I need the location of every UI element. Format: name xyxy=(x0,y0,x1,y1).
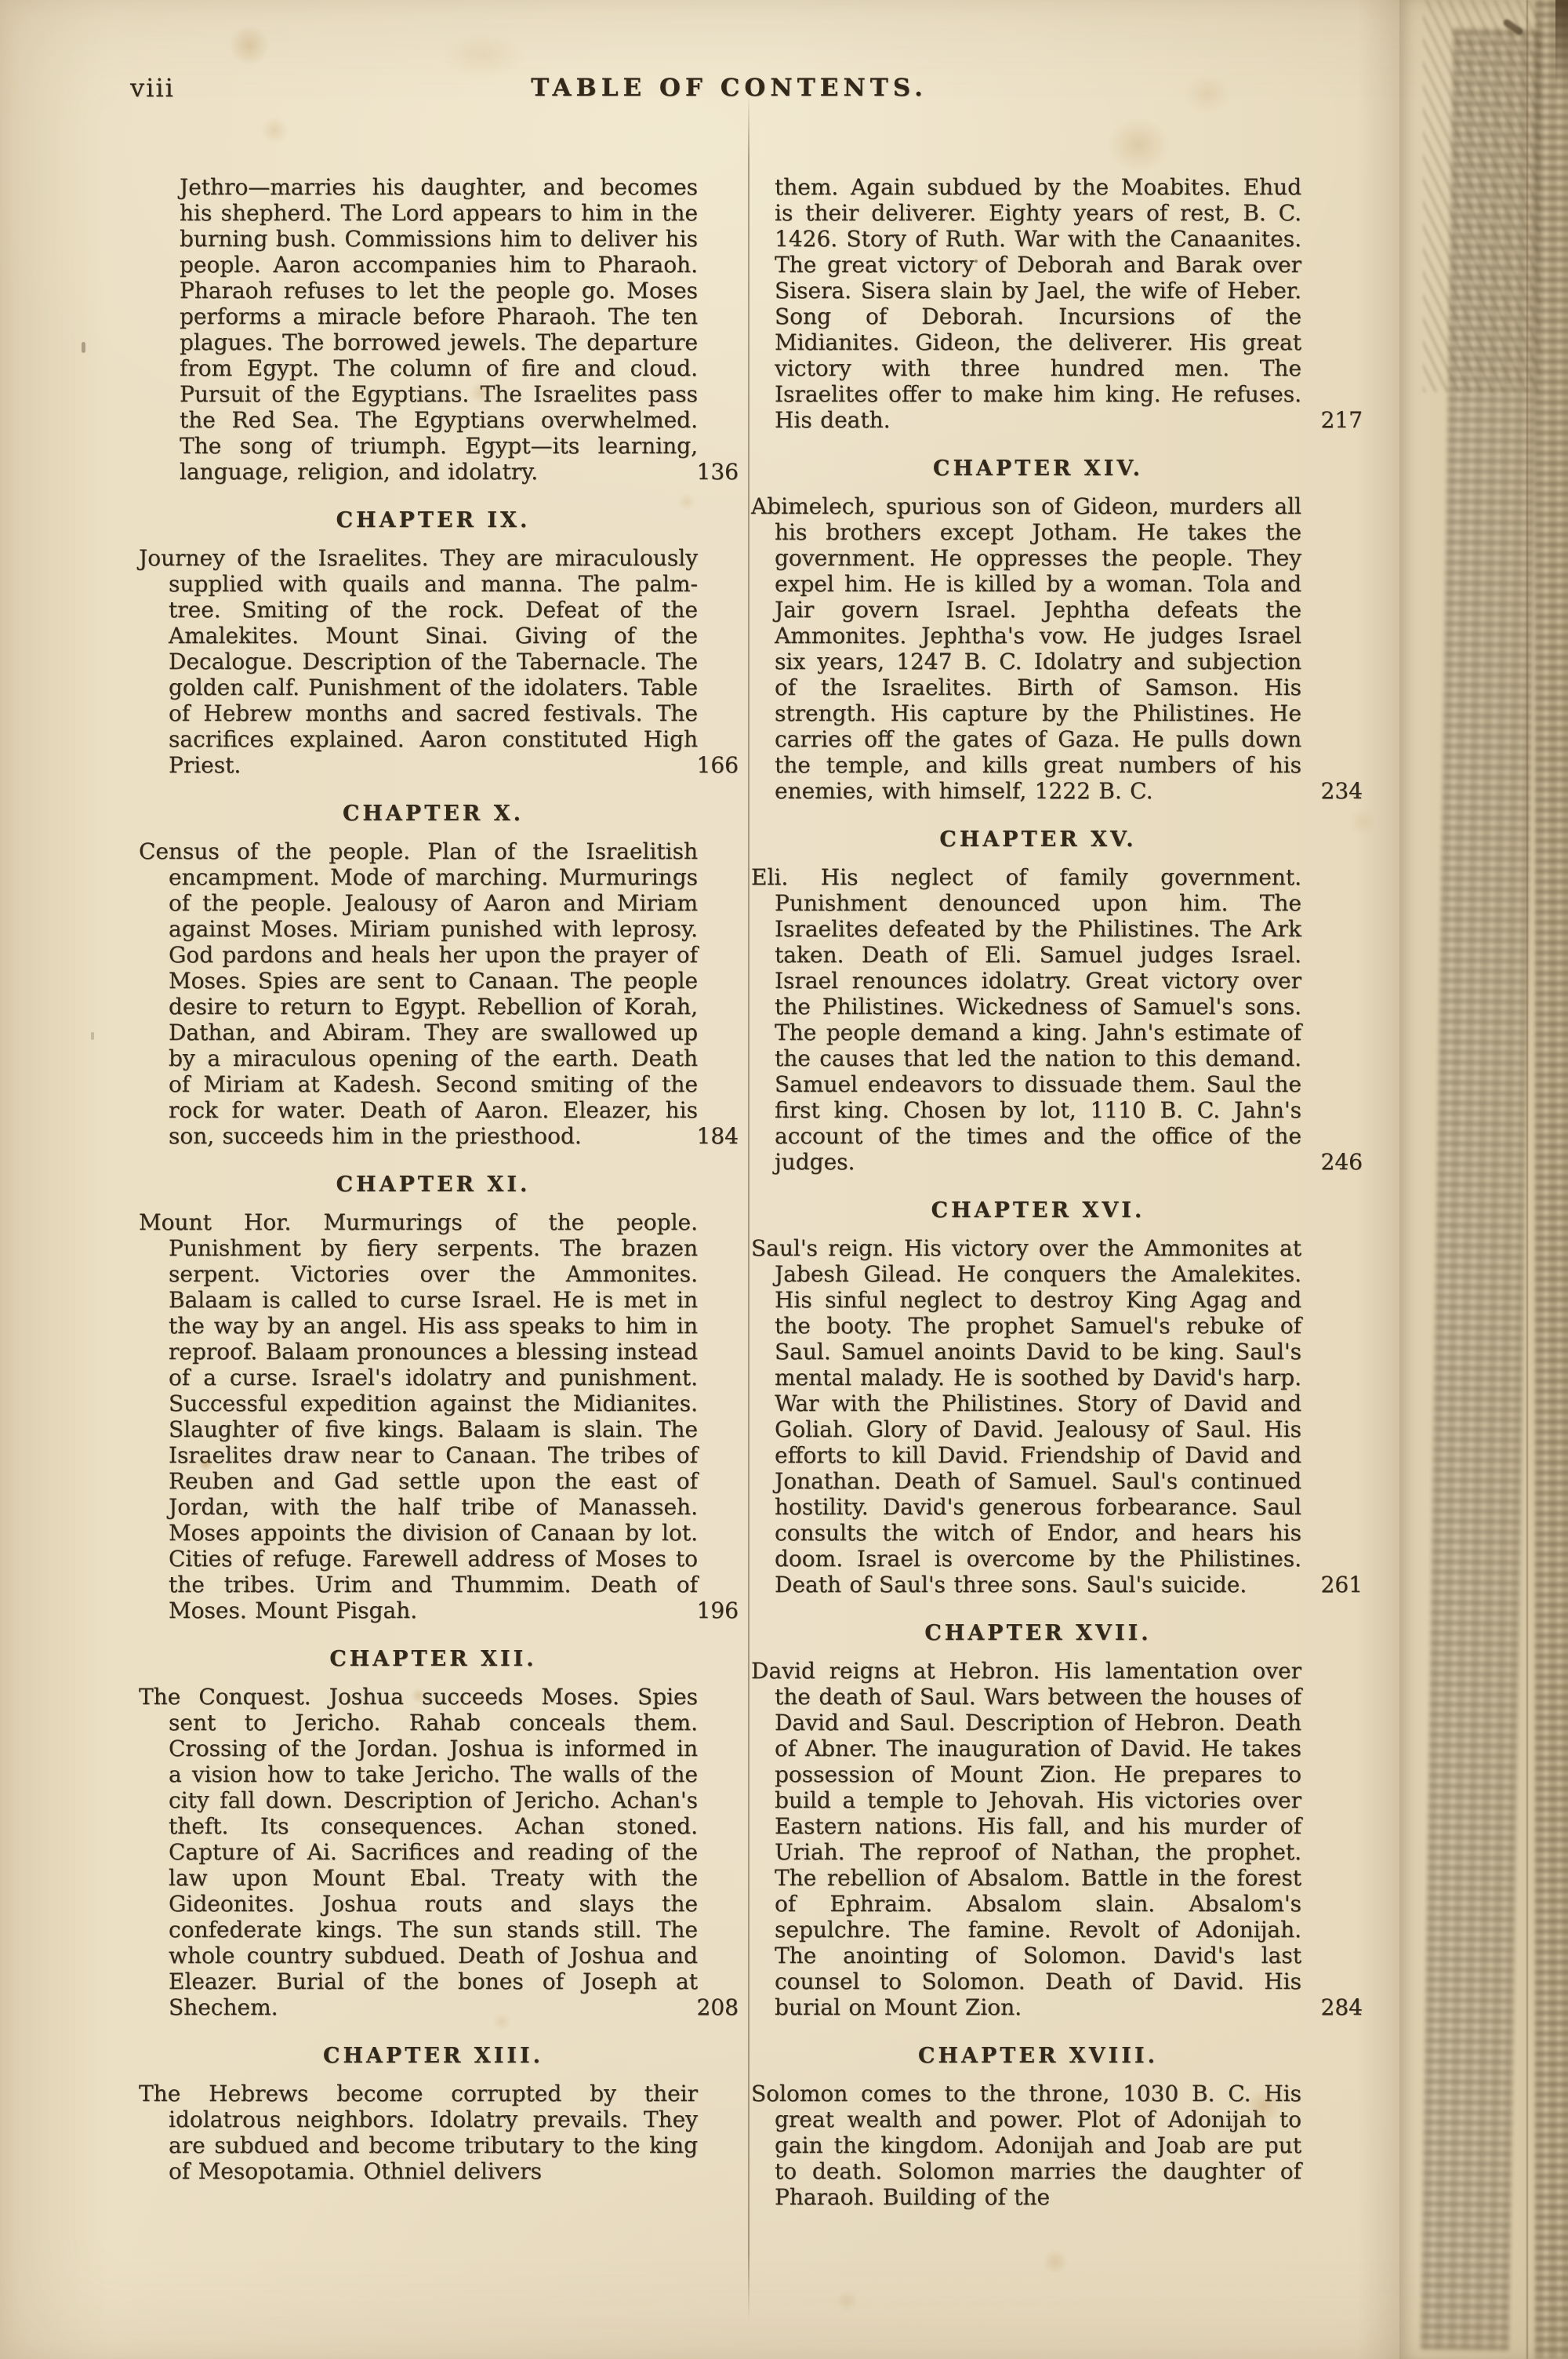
chapter-heading: CHAPTER XVII. xyxy=(775,1621,1301,1645)
toc-entry: The Conquest. Joshua succeeds Moses. Spi… xyxy=(169,1684,698,2020)
toc-entry: Solomon comes to the throne, 1030 B. C. … xyxy=(775,2081,1301,2210)
entry-page-number: 196 xyxy=(697,1598,739,1623)
entry-page-number: 166 xyxy=(697,752,739,778)
chapter-heading: CHAPTER XV. xyxy=(775,827,1301,852)
toc-entry: David reigns at Hebron. His lamentation … xyxy=(775,1658,1301,2020)
entry-page-number: 184 xyxy=(697,1123,739,1149)
entry-page-number: 217 xyxy=(1321,407,1363,433)
page-title: TABLE OF CONTENTS. xyxy=(118,74,1341,102)
toc-right-column: them. Again subdued by the Moabites. Ehu… xyxy=(775,174,1301,2210)
toc-entry: Census of the people. Plan of the Israel… xyxy=(169,838,698,1149)
entry-page-number: 136 xyxy=(697,459,739,485)
chapter-heading: CHAPTER XVIII. xyxy=(775,2044,1301,2068)
toc-entry: Saul's reign. His victory over the Ammon… xyxy=(775,1235,1301,1598)
entry-page-number: 246 xyxy=(1321,1149,1363,1175)
stain xyxy=(260,116,289,144)
stain xyxy=(439,31,525,78)
toc-entry: Eli. His neglect of family government. P… xyxy=(775,864,1301,1175)
stain xyxy=(229,25,270,66)
entry-page-number: 234 xyxy=(1321,778,1363,804)
chapter-heading: CHAPTER XVI. xyxy=(775,1198,1301,1223)
entry-text: them. Again subdued by the Moabites. Ehu… xyxy=(775,174,1301,433)
chapter-heading: CHAPTER X. xyxy=(169,801,698,826)
entry-text: Mount Hor. Murmurings of the people. Pun… xyxy=(139,1209,698,1623)
entry-page-number: 261 xyxy=(1321,1572,1363,1598)
page-edge-band xyxy=(1399,0,1568,2359)
stain xyxy=(1043,2249,1068,2274)
stain xyxy=(1107,118,1170,173)
chapter-heading: CHAPTER XIV. xyxy=(775,456,1301,481)
page-edge-fanning xyxy=(1423,0,1541,392)
chapter-heading: CHAPTER XI. xyxy=(169,1172,698,1197)
chapter-heading: CHAPTER XII. xyxy=(169,1647,698,1671)
entry-text: Eli. His neglect of family government. P… xyxy=(751,864,1301,1175)
entry-page-number: 284 xyxy=(1321,1994,1363,2020)
stain xyxy=(836,2290,858,2312)
margin-mark xyxy=(82,342,85,353)
entry-text: Jethro—marries his daughter, and becomes… xyxy=(180,174,698,485)
toc-entry: Mount Hor. Murmurings of the people. Pun… xyxy=(169,1209,698,1623)
entry-text: Saul's reign. His victory over the Ammon… xyxy=(751,1235,1301,1598)
toc-entry: Jethro—marries his daughter, and becomes… xyxy=(180,174,698,485)
entry-text: Journey of the Israelites. They are mira… xyxy=(139,545,698,778)
toc-entry: Journey of the Israelites. They are mira… xyxy=(169,545,698,778)
toc-entry: Abimelech, spurious son of Gideon, murde… xyxy=(775,493,1301,804)
entry-text: The Hebrews become corrupted by their id… xyxy=(139,2081,698,2184)
entry-text: The Conquest. Joshua succeeds Moses. Spi… xyxy=(139,1684,698,2020)
entry-text: David reigns at Hebron. His lamentation … xyxy=(751,1658,1301,2020)
chapter-heading: CHAPTER XIII. xyxy=(169,2044,698,2068)
column-divider-rule xyxy=(748,93,750,2320)
entry-text: Abimelech, spurious son of Gideon, murde… xyxy=(751,493,1301,804)
toc-entry: The Hebrews become corrupted by their id… xyxy=(169,2081,698,2184)
toc-left-column: Jethro—marries his daughter, and becomes… xyxy=(169,174,698,2184)
entry-text: Solomon comes to the throne, 1030 B. C. … xyxy=(751,2081,1301,2210)
entry-text: Census of the people. Plan of the Israel… xyxy=(139,838,698,1149)
chapter-heading: CHAPTER IX. xyxy=(169,508,698,533)
binding-shadow xyxy=(1555,0,1568,90)
entry-page-number: 208 xyxy=(697,1994,739,2020)
book-page-scan: viii TABLE OF CONTENTS. Jethro—marries h… xyxy=(0,0,1568,2359)
toc-entry: them. Again subdued by the Moabites. Ehu… xyxy=(775,174,1301,433)
margin-mark xyxy=(91,1032,94,1040)
